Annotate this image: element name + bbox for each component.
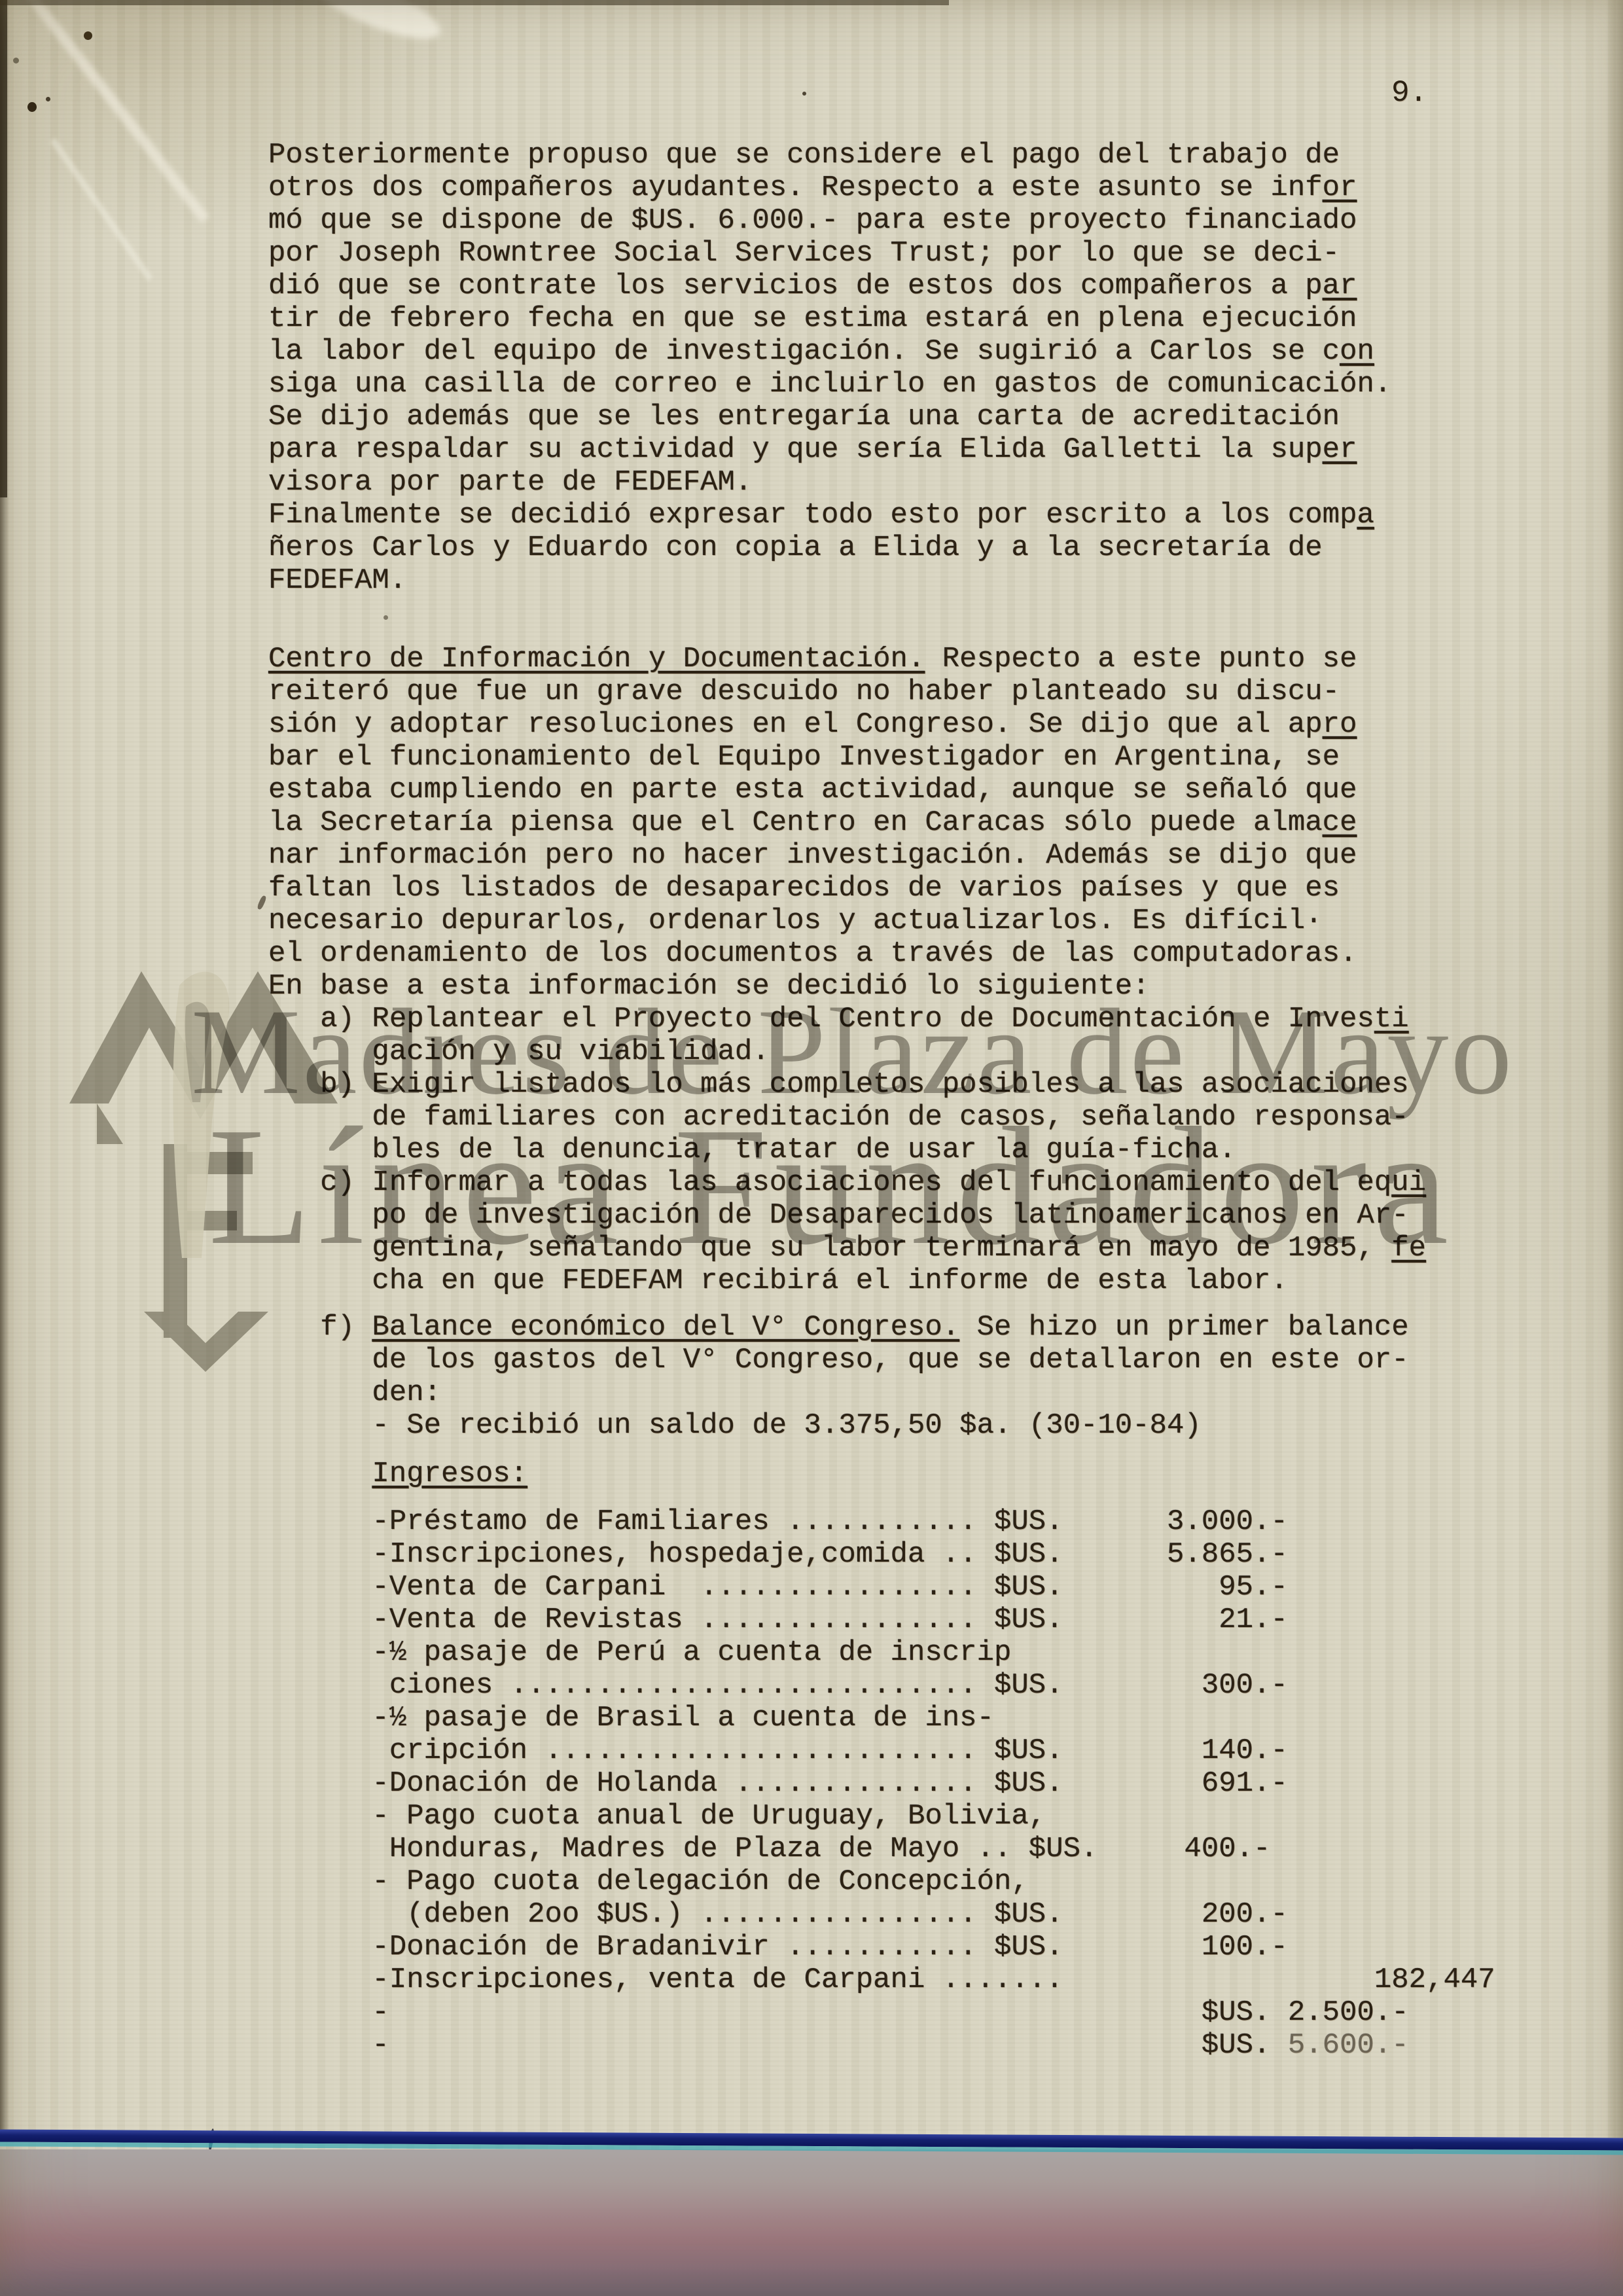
doc-line: -½ pasaje de Brasil a cuenta de ins- [268,1702,1495,1734]
block-ingresos-table: -Préstamo de Familiares ........... $US.… [268,1505,1495,2062]
doc-line: (deben 2oo $US.) ................ $US. 2… [268,1898,1495,1931]
doc-line: visora por parte de FEDEFAM. [268,466,1391,499]
block-intro: Posteriormente propuso que se considere … [268,139,1391,597]
doc-line: nar información pero no hacer investigac… [268,839,1426,872]
doc-line: por Joseph Rowntree Social Services Trus… [268,237,1391,270]
doc-line: - $US. 2.500.- [268,1996,1495,2029]
doc-line: mó que se dispone de $US. 6.000.- para e… [268,204,1391,237]
block-balance: f) Balance económico del V° Congreso. Se… [268,1311,1409,1442]
doc-line: -½ pasaje de Perú a cuenta de inscrip [268,1636,1495,1669]
doc-line: siga una casilla de correo e incluirlo e… [268,368,1391,401]
doc-line: gación y su viabilidad. [268,1035,1426,1068]
doc-line: -Donación de Holanda .............. $US.… [268,1767,1495,1800]
doc-line: gentina, señalando que su labor terminar… [268,1232,1426,1265]
block-ingresos-heading: Ingresos: [268,1458,527,1490]
doc-line: otros dos compañeros ayudantes. Respecto… [268,171,1391,204]
doc-line: En base a esta información se decidió lo… [268,970,1426,1003]
doc-line: - Pago cuota anual de Uruguay, Bolivia, [268,1800,1495,1833]
doc-line: Finalmente se decidió expresar todo esto… [268,499,1391,531]
doc-line: po de investigación de Desaparecidos lat… [268,1199,1426,1232]
paper-crease [306,0,447,50]
doc-line: - Se recibió un saldo de 3.375,50 $a. (3… [268,1409,1409,1442]
doc-line: la Secretaría piensa que el Centro en Ca… [268,806,1426,839]
scanned-document-page: 9. Posteriormente propuso que se conside… [0,0,1623,2296]
doc-line: tir de febrero fecha en que se estima es… [268,302,1391,335]
doc-line: -Venta de Revistas ................ $US.… [268,1604,1495,1636]
doc-line: de los gastos del V° Congreso, que se de… [268,1344,1409,1376]
scan-edge-left-dark [0,0,7,497]
paper-crease [12,0,209,223]
paper-speck [802,92,806,96]
paper-speck [46,97,50,101]
doc-line: dió que se contrate los servicios de est… [268,270,1391,302]
doc-line: -Inscripciones, venta de Carpani .......… [268,1964,1495,1996]
doc-line: a) Replantear el Proyecto del Centro de … [268,1003,1426,1035]
doc-line: f) Balance económico del V° Congreso. Se… [268,1311,1409,1344]
doc-line: ciones ........................... $US. … [268,1669,1495,1702]
scan-edge-top [0,0,949,5]
scanner-background-band [0,2149,1623,2296]
doc-line: -Préstamo de Familiares ........... $US.… [268,1505,1495,1538]
doc-line: -Inscripciones, hospedaje,comida .. $US.… [268,1538,1495,1571]
doc-line: Posteriormente propuso que se considere … [268,139,1391,171]
doc-line: - Pago cuota delegación de Concepción, [268,1865,1495,1898]
doc-line: ñeros Carlos y Eduardo con copia a Elida… [268,531,1391,564]
doc-line: bar el funcionamiento del Equipo Investi… [268,741,1426,774]
page-number: 9. [1391,76,1427,110]
doc-line: para respaldar su actividad y que sería … [268,433,1391,466]
doc-line: c) Informar a todas las asociaciones del… [268,1166,1426,1199]
doc-line: Ingresos: [268,1458,527,1490]
doc-line: -Venta de Carpani ................ $US. … [268,1571,1495,1604]
doc-line: -Donación de Bradanivir ........... $US.… [268,1931,1495,1964]
doc-line: necesario depurarlos, ordenarlos y actua… [268,905,1426,937]
paper-speck [13,58,19,63]
paper-speck [27,102,37,112]
doc-line: cripción ......................... $US. … [268,1734,1495,1767]
doc-line: Se dijo además que se les entregaría una… [268,401,1391,433]
doc-line: Centro de Información y Documentación. R… [268,643,1426,675]
paper-speck [257,895,267,910]
doc-line: sión y adoptar resoluciones en el Congre… [268,708,1426,741]
doc-line: FEDEFAM. [268,564,1391,597]
doc-line: la labor del equipo de investigación. Se… [268,335,1391,368]
doc-line: den: [268,1376,1409,1409]
doc-line: de familiares con acreditación de casos,… [268,1101,1426,1134]
doc-line: bles de la denuncia, tratar de usar la g… [268,1134,1426,1166]
doc-line: cha en que FEDEFAM recibirá el informe d… [268,1265,1426,1297]
paper-crease [50,138,152,281]
doc-line: reiteró que fue un grave descuido no hab… [268,675,1426,708]
doc-line: estaba cumpliendo en parte esta activida… [268,774,1426,806]
doc-line: - $US. 5.600.- [268,2029,1495,2062]
block-centro: Centro de Información y Documentación. R… [268,643,1426,1297]
doc-line: b) Exigir listados lo más completos posi… [268,1068,1426,1101]
doc-line: faltan los listados de desaparecidos de … [268,872,1426,905]
paper-speck [383,615,388,620]
doc-line: el ordenamiento de los documentos a trav… [268,937,1426,970]
doc-line: Honduras, Madres de Plaza de Mayo .. $US… [268,1833,1495,1865]
scan-edge-right [1606,0,1623,2140]
paper-speck [84,31,92,40]
